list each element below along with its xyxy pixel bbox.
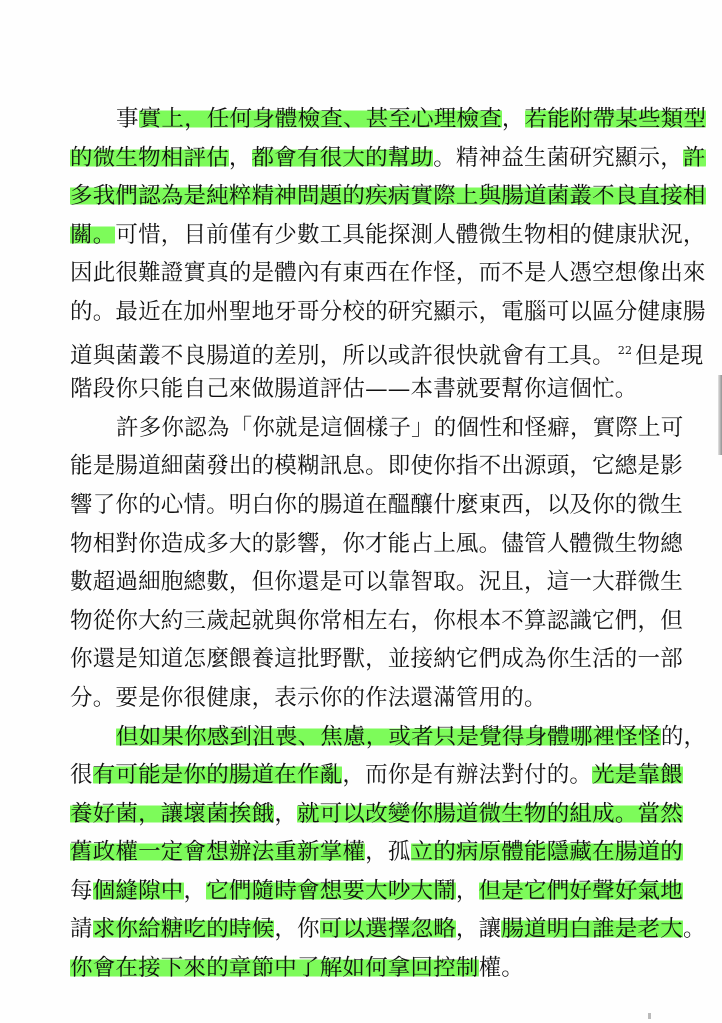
text-line: 階段你只能自己來做腸道評估——本書就要幫你這個忙。 xyxy=(70,370,670,409)
text-run: ， xyxy=(456,878,479,904)
highlighted-text: 若能附帶某些類型 xyxy=(525,106,707,132)
text-line: 道與菌叢不良腸道的差別，所以或許很快就會有工具。22但是現 xyxy=(70,332,670,371)
highlighted-text: 求你給糖吃的時候 xyxy=(93,916,275,942)
text-line: 物相對你造成多大的影響，你才能占上風。儘管人體微生物總 xyxy=(70,525,670,564)
text-line: 每個縫隙中，它們隨時會想要大吵大鬧，但是它們好聲好氣地 xyxy=(70,872,670,911)
text-run: ，讓 xyxy=(456,916,501,942)
paragraph: 許多你認為「你就是這個樣子」的個性和怪癖，實際上可能是腸道細菌發出的模糊訊息。即… xyxy=(70,409,670,718)
highlighted-text: 但是它們好聲好氣地 xyxy=(479,878,683,904)
highlighted-text: 可以選擇忽略 xyxy=(320,916,456,942)
text-run: ， xyxy=(229,145,252,171)
highlighted-text: 舊政權一定會想辦法重新掌權 xyxy=(70,839,365,865)
highlighted-text: 養好菌，讓壞菌挨餓 xyxy=(70,801,274,827)
text-run: 。 xyxy=(683,916,706,942)
text-run: ，你 xyxy=(274,916,319,942)
text-line: 物從你大約三歲起就與你常相左右，你根本不算認識它們，但 xyxy=(70,602,670,641)
text-run: ， xyxy=(502,106,525,132)
highlighted-text: 腸道明白誰是老大 xyxy=(501,916,683,942)
text-run: 的， xyxy=(661,724,706,750)
text-run: 。精神益生菌研究顯示， xyxy=(433,145,683,171)
text-line: 事實上，任何身體檢查、甚至心理檢查，若能附帶某些類型 xyxy=(70,100,670,139)
text-line: 但如果你感到沮喪、焦慮，或者只是覺得身體哪裡怪怪的， xyxy=(70,718,670,757)
highlighted-text: 你會在接下來的章節中了解如何拿回控制 xyxy=(70,955,479,981)
text-line: 因此很難證實真的是體內有東西在作怪，而不是人憑空想像出來 xyxy=(70,254,670,293)
text-run: 響了你的心情。明白你的腸道在醞釀什麼東西，以及你的微生 xyxy=(70,492,683,518)
text-run: 的。最近在加州聖地牙哥分校的研究顯示，電腦可以區分健康腸 xyxy=(70,299,706,325)
text-run: ，而你是有辦法對付的。 xyxy=(342,762,592,788)
text-run: 道與菌叢不良腸道的差別，所以或許很快就會有工具。 xyxy=(70,343,615,369)
text-line: 你會在接下來的章節中了解如何拿回控制權。 xyxy=(70,949,670,988)
highlighted-text: 但如果你感到沮喪、焦慮，或者只是覺得身體哪裡怪怪 xyxy=(116,724,661,750)
highlighted-text: 光是靠餵 xyxy=(592,762,683,788)
scan-speck xyxy=(648,1013,651,1019)
text-line: 許多你認為「你就是這個樣子」的個性和怪癖，實際上可 xyxy=(70,409,670,448)
text-run: 能是腸道細菌發出的模糊訊息。即使你指不出源頭，它總是影 xyxy=(70,453,683,479)
highlighted-text: 許 xyxy=(683,145,706,171)
text-run: 權。 xyxy=(479,955,524,981)
text-line: 舊政權一定會想辦法重新掌權，孤立的病原體能隱藏在腸道的 xyxy=(70,833,670,872)
paragraph: 但如果你感到沮喪、焦慮，或者只是覺得身體哪裡怪怪的，很有可能是你的腸道在作亂，而… xyxy=(70,718,670,988)
footnote-ref: 22 xyxy=(618,344,632,357)
text-line: 的微生物相評估，都會有很大的幫助。精神益生菌研究顯示，許 xyxy=(70,139,670,178)
highlighted-text: 有可能是你的腸道在作亂 xyxy=(93,762,343,788)
text-run: 許多你認為「你就是這個樣子」的個性和怪癖，實際上可 xyxy=(116,415,684,441)
text-run: ， xyxy=(184,878,207,904)
text-line: 數超過細胞總數，但你還是可以靠智取。況且，這一大群微生 xyxy=(70,563,670,602)
text-run: ， xyxy=(274,801,297,827)
highlighted-text: 多我們認為是純粹精神問題的疾病實際上與腸道菌叢不良直接相 xyxy=(70,183,706,209)
body-text: 事實上，任何身體檢查、甚至心理檢查，若能附帶某些類型的微生物相評估，都會有很大的… xyxy=(70,100,670,988)
highlighted-text: 實上，任何身體檢查、甚至心理檢查 xyxy=(139,106,502,132)
paragraph: 事實上，任何身體檢查、甚至心理檢查，若能附帶某些類型的微生物相評估，都會有很大的… xyxy=(70,100,670,409)
text-run: 請 xyxy=(70,916,93,942)
scanned-page: 事實上，任何身體檢查、甚至心理檢查，若能附帶某些類型的微生物相評估，都會有很大的… xyxy=(0,0,722,1023)
text-line: 很有可能是你的腸道在作亂，而你是有辦法對付的。光是靠餵 xyxy=(70,756,670,795)
text-line: 分。要是你很健康，表示你的作法還滿管用的。 xyxy=(70,679,670,718)
text-line: 關。可惜，目前僅有少數工具能探測人體微生物相的健康狀況， xyxy=(70,216,670,255)
highlighted-text: 關。 xyxy=(70,222,115,248)
text-line: 多我們認為是純粹精神問題的疾病實際上與腸道菌叢不良直接相 xyxy=(70,177,670,216)
highlighted-text: 個縫隙中 xyxy=(93,878,184,904)
page-edge-shadow xyxy=(718,375,722,455)
text-run: 因此很難證實真的是體內有東西在作怪，而不是人憑空想像出來 xyxy=(70,260,706,286)
text-line: 響了你的心情。明白你的腸道在醞釀什麼東西，以及你的微生 xyxy=(70,486,670,525)
text-run: 物從你大約三歲起就與你常相左右，你根本不算認識它們，但 xyxy=(70,608,683,634)
text-run: 很 xyxy=(70,762,93,788)
text-line: 養好菌，讓壞菌挨餓，就可以改變你腸道微生物的組成。當然 xyxy=(70,795,670,834)
text-line: 能是腸道細菌發出的模糊訊息。即使你指不出源頭，它總是影 xyxy=(70,447,670,486)
text-run: 事 xyxy=(116,106,139,132)
text-run: 每 xyxy=(70,878,93,904)
text-run: 你還是知道怎麼餵養這批野獸，並接納它們成為你生活的一部 xyxy=(70,646,683,672)
text-run: 但是現 xyxy=(635,343,703,369)
highlighted-text: 就可以改變你腸道微生物的組成。當然 xyxy=(297,801,683,827)
text-run: 數超過細胞總數，但你還是可以靠智取。況且，這一大群微生 xyxy=(70,569,683,595)
text-run: ，孤 xyxy=(365,839,410,865)
text-line: 的。最近在加州聖地牙哥分校的研究顯示，電腦可以區分健康腸 xyxy=(70,293,670,332)
text-line: 請求你給糖吃的時候，你可以選擇忽略，讓腸道明白誰是老大。 xyxy=(70,910,670,949)
highlighted-text: 的微生物相評估 xyxy=(70,145,229,171)
text-run: 階段你只能自己來做腸道評估——本書就要幫你這個忙。 xyxy=(70,376,638,402)
highlighted-text: 立的病原體能隱藏在腸道的 xyxy=(411,839,683,865)
text-run: 分。要是你很健康，表示你的作法還滿管用的。 xyxy=(70,685,547,711)
text-run: 物相對你造成多大的影響，你才能占上風。儘管人體微生物總 xyxy=(70,531,683,557)
highlighted-text: 都會有很大的幫助 xyxy=(252,145,434,171)
text-run: 可惜，目前僅有少數工具能探測人體微生物相的健康狀況， xyxy=(115,222,705,248)
highlighted-text: 它們隨時會想要大吵大鬧 xyxy=(206,878,456,904)
text-line: 你還是知道怎麼餵養這批野獸，並接納它們成為你生活的一部 xyxy=(70,640,670,679)
